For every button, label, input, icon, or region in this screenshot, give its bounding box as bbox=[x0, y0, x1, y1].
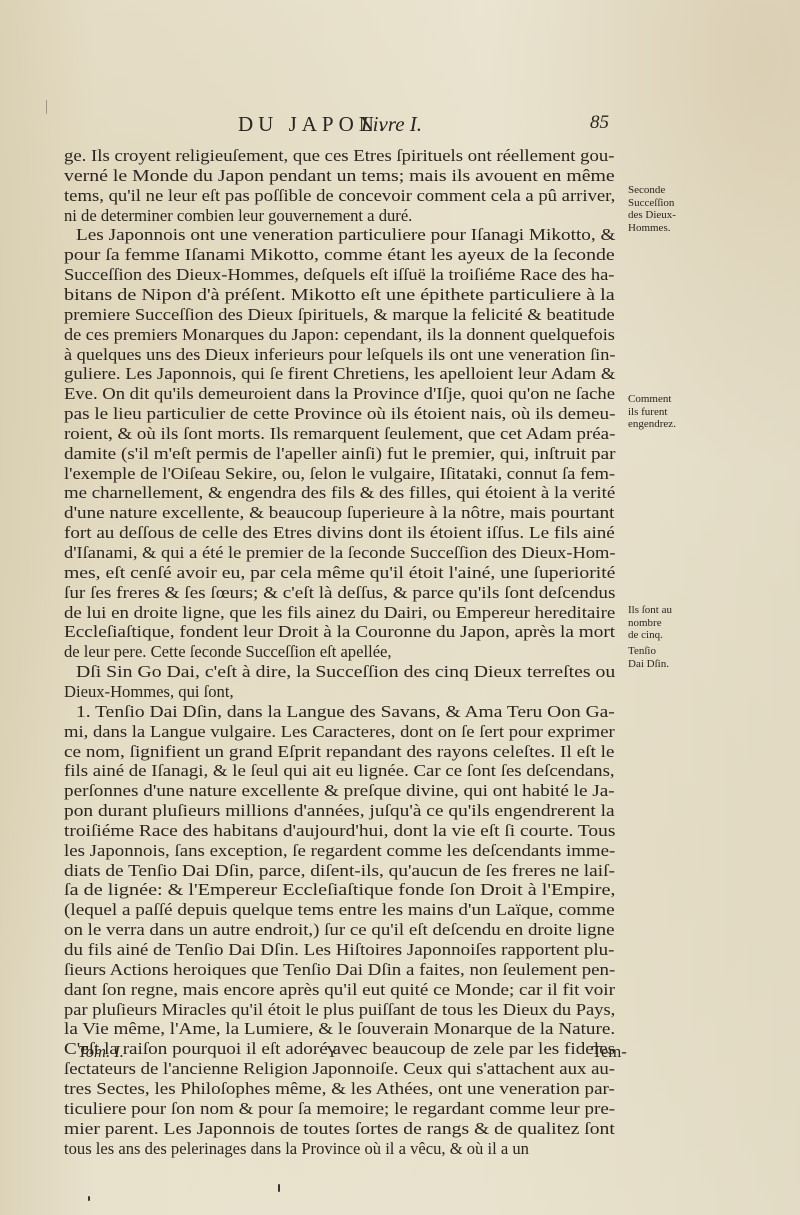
text-line: verné le Monde du Japon pendant un tems;… bbox=[64, 166, 615, 186]
text-line: perſonnes d'une nature excellente & preſ… bbox=[64, 781, 615, 801]
catchword: Tem- bbox=[592, 1042, 627, 1062]
text-line: d'Iſanami, & qui a été le premier de la … bbox=[64, 543, 616, 563]
text-line: Les Japonnois ont une veneration particu… bbox=[76, 225, 616, 245]
text-line: du fils ainé de Tenſio Dai Dſin. Les Hiſ… bbox=[64, 940, 614, 960]
text-line: mi, dans la Langue vulgaire. Les Caracte… bbox=[64, 722, 615, 742]
margin-note-line: des Dieux- bbox=[628, 209, 676, 222]
text-line: me charnellement, & engendra des fils & … bbox=[64, 483, 615, 503]
margin-note-line: de cinq. bbox=[628, 629, 672, 642]
margin-note: Commentils furentengendrez. bbox=[628, 393, 676, 431]
text-line: on le verra dans un autre endroit,) ſur … bbox=[64, 920, 615, 940]
volume-signature: Tom. I. bbox=[78, 1042, 124, 1062]
paper-speck bbox=[88, 1196, 90, 1201]
text-line: ge. Ils croyent religieuſement, que ces … bbox=[64, 146, 614, 166]
text-line: diats de Tenſio Dai Dſin, parce, diſent-… bbox=[64, 861, 615, 881]
text-line: Dſi Sin Go Dai, c'eſt à dire, la Succeſſ… bbox=[76, 662, 615, 682]
text-line: Eccleſiaſtique, fondent leur Droit à la … bbox=[64, 622, 615, 642]
margin-note-line: ils furent bbox=[628, 406, 676, 419]
text-line: (lequel a paſſé depuis quelque tems entr… bbox=[64, 900, 615, 920]
running-head-book: Livre I. bbox=[361, 112, 422, 137]
text-line: ce nom, ſignifient un grand Eſprit repan… bbox=[64, 742, 614, 762]
text-line: tous les ans des pelerinages dans la Pro… bbox=[64, 1139, 529, 1159]
text-line: de lui en droite ligne, que les fils ain… bbox=[64, 603, 615, 623]
text-line: damite (s'il m'eſt permis de l'apeller a… bbox=[64, 444, 615, 464]
text-line: bitans de Nipon d'à préſent. Mikotto eſt… bbox=[64, 285, 615, 305]
text-line: guliere. Les Japonnois, qui ſe firent Ch… bbox=[64, 364, 615, 384]
text-line: pour ſa femme Iſanami Mikotto, comme éta… bbox=[64, 245, 615, 265]
text-line: mes, eſt cenſé avoir eu, par cela même q… bbox=[64, 563, 615, 583]
margin-note-line: Dai Dſin. bbox=[628, 658, 669, 671]
text-line: ſa de lignée: & l'Empereur Eccleſiaſtiqu… bbox=[64, 880, 615, 900]
margin-note-line: Seconde bbox=[628, 184, 676, 197]
margin-note-line: nombre bbox=[628, 617, 672, 630]
text-line: 1. Tenſio Dai Dſin, dans la Langue des S… bbox=[76, 702, 615, 722]
text-line: mier parent. Les Japonnois de toutes ſor… bbox=[64, 1119, 615, 1139]
text-line: ſur ſes freres & ſes ſœurs; & c'eſt là d… bbox=[64, 583, 615, 603]
text-line: la Vie même, l'Ame, la Lumiere, & le ſou… bbox=[64, 1019, 615, 1039]
margin-note: TenſioDai Dſin. bbox=[628, 645, 669, 670]
text-line: à quelques uns des Dieux inferieurs pour… bbox=[64, 345, 615, 365]
margin-note-line: Tenſio bbox=[628, 645, 669, 658]
text-line: pas le lieu particulier de cette Provinc… bbox=[64, 404, 615, 424]
text-line: de ces premiers Monarques du Japon: cepe… bbox=[64, 325, 615, 345]
text-line: fils ainé de Iſanagi, & le ſeul qui ait … bbox=[64, 761, 615, 781]
text-line: ni de determiner combien leur gouverneme… bbox=[64, 206, 412, 226]
book-page: DU JAPON. Livre I. 85 ge. Ils croyent re… bbox=[0, 0, 800, 1215]
text-line: les Japonnois, ſans exception, ſe regard… bbox=[64, 841, 615, 861]
margin-note-line: engendrez. bbox=[628, 418, 676, 431]
gathering-signature: Y bbox=[326, 1042, 338, 1062]
page-number: 85 bbox=[590, 112, 609, 134]
margin-note: SecondeSucceſſiondes Dieux-Hommes. bbox=[628, 184, 676, 234]
text-line: tems, qu'il ne leur eſt pas poſſible de … bbox=[64, 186, 615, 206]
paper-speck bbox=[278, 1184, 280, 1192]
margin-note-line: Succeſſion bbox=[628, 197, 676, 210]
text-line: Succeſſion des Dieux-Hommes, deſquels eſ… bbox=[64, 265, 614, 285]
margin-note-line: Ils ſont au bbox=[628, 604, 672, 617]
running-head: DU JAPON. Livre I. 85 bbox=[98, 110, 628, 140]
text-line: d'une nature excellente, & beaucoup ſupe… bbox=[64, 503, 614, 523]
text-line: pon durant pluſieurs millions d'années, … bbox=[64, 801, 615, 821]
text-line: par pluſieurs Miracles qu'il étoit le pl… bbox=[64, 1000, 615, 1020]
text-line: dant ſon regne, mais encore après qu'il … bbox=[64, 980, 615, 1000]
text-line: Dieux-Hommes, qui ſont, bbox=[64, 682, 234, 702]
margin-note-line: Comment bbox=[628, 393, 676, 406]
text-line: l'exemple de l'Oiſeau Sekire, ou, ſelon … bbox=[64, 464, 615, 484]
text-line: roient, & où ils ſont morts. Ils remarqu… bbox=[64, 424, 615, 444]
text-line: tres Sectes, les Philoſophes même, & les… bbox=[64, 1079, 615, 1099]
paper-speck bbox=[46, 100, 47, 114]
page-footer: Tom. I. Y Tem- bbox=[64, 1042, 414, 1064]
text-line: premiere Succeſſion des Dieux ſpirituels… bbox=[64, 305, 615, 325]
margin-note-line: Hommes. bbox=[628, 222, 676, 235]
margin-note: Ils ſont aunombrede cinq. bbox=[628, 604, 672, 642]
text-line: ſieurs Actions heroiques que Tenſio Dai … bbox=[64, 960, 615, 980]
text-line: ticuliere pour ſon nom & pour ſa memoire… bbox=[64, 1099, 615, 1119]
text-line: troiſiéme Race des habitans d'aujourd'hu… bbox=[64, 821, 615, 841]
text-line: de leur pere. Cette ſeconde Succeſſion e… bbox=[64, 642, 392, 662]
text-line: fort au deſſous de celle des Etres divin… bbox=[64, 523, 615, 543]
text-line: Eve. On dit qu'ils demeuroient dans la P… bbox=[64, 384, 615, 404]
